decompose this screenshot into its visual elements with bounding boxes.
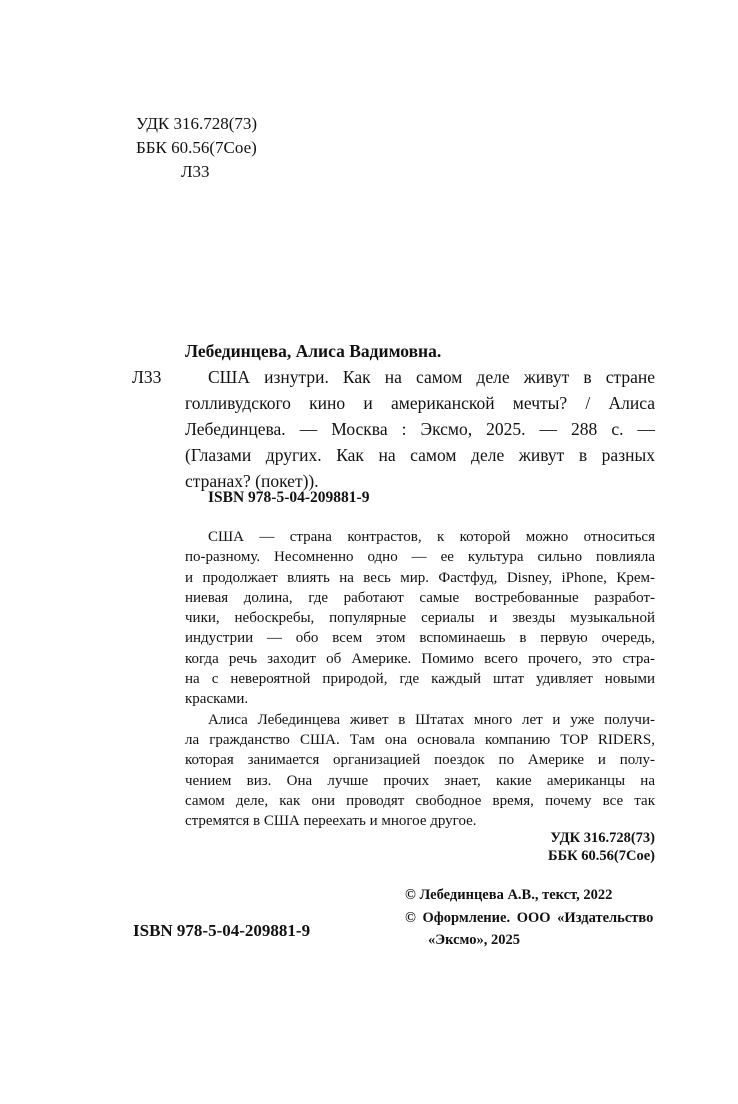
text-line: на с невероятной природой, где каждый шт… bbox=[185, 669, 655, 689]
annotation-paragraph-1: США — страна контрастов, к которой можно… bbox=[185, 527, 655, 710]
text-line: чением виз. Она лучше прочих знает, каки… bbox=[185, 771, 655, 791]
copyright-design-line: © Оформление. ООО «Издательство bbox=[405, 907, 653, 930]
text-line: индустрии — обо всем этом вспоминаешь в … bbox=[185, 628, 655, 648]
classification-block-top: УДК 316.728(73) ББК 60.56(7Сое) Л33 bbox=[136, 112, 257, 184]
text-line: США — страна контрастов, к которой можно… bbox=[185, 527, 655, 547]
text-line: красками. bbox=[185, 689, 655, 709]
bibliographic-description: США изнутри. Как на самом деле живут в с… bbox=[185, 364, 655, 494]
annotation-paragraph-2: Алиса Лебединцева живет в Штатах много л… bbox=[185, 710, 655, 832]
bbk-code-top: ББК 60.56(7Сое) bbox=[136, 136, 257, 160]
classification-block-bottom: УДК 316.728(73) ББК 60.56(7Сое) bbox=[355, 830, 655, 865]
author-sign-margin: Л33 bbox=[132, 364, 161, 390]
author-heading: Лебединцева, Алиса Вадимовна. bbox=[185, 338, 655, 364]
text-line: голливудского кино и американской мечты?… bbox=[185, 390, 655, 416]
text-line: Лебединцева. — Москва : Эксмо, 2025. — 2… bbox=[185, 416, 655, 442]
text-line: (Глазами других. Как на самом деле живут… bbox=[185, 442, 655, 468]
author-sign: Л33 bbox=[136, 160, 257, 184]
text-line: которая занимается организацией поездок … bbox=[185, 750, 655, 770]
text-line: Алиса Лебединцева живет в Штатах много л… bbox=[185, 710, 655, 730]
isbn-bottom: ISBN 978-5-04-209881-9 bbox=[133, 921, 310, 941]
copyright-text-line: © Лебединцева А.В., текст, 2022 bbox=[405, 884, 653, 907]
catalog-card-body: Лебединцева, Алиса Вадимовна. США изнутр… bbox=[185, 338, 655, 494]
udk-code-bottom: УДК 316.728(73) bbox=[355, 830, 655, 848]
text-line: самом деле, как они проводят свободное в… bbox=[185, 791, 655, 811]
book-imprint-page: УДК 316.728(73) ББК 60.56(7Сое) Л33 Л33 … bbox=[0, 0, 738, 1104]
bbk-code-bottom: ББК 60.56(7Сое) bbox=[355, 848, 655, 866]
text-line: США изнутри. Как на самом деле живут в с… bbox=[185, 364, 655, 390]
text-line: стремятся в США переехать и многое друго… bbox=[185, 811, 655, 831]
text-line: ла гражданство США. Там она основала ком… bbox=[185, 730, 655, 750]
isbn-top: ISBN 978-5-04-209881-9 bbox=[208, 489, 369, 507]
catalog-card: Л33 Лебединцева, Алиса Вадимовна. США из… bbox=[132, 338, 655, 494]
annotation: США — страна контрастов, к которой можно… bbox=[185, 527, 655, 831]
text-line: чики, небоскребы, популярные сериалы и з… bbox=[185, 608, 655, 628]
text-line: по-разному. Несомненно одно — ее культур… bbox=[185, 547, 655, 567]
text-line: когда речь заходит об Америке. Помимо вс… bbox=[185, 649, 655, 669]
text-line: и продолжает влиять на весь мир. Фастфуд… bbox=[185, 568, 655, 588]
copyright-design-line-wrap: «Эксмо», 2025 bbox=[405, 929, 653, 952]
copyright-block: © Лебединцева А.В., текст, 2022 © Оформл… bbox=[405, 884, 653, 952]
udk-code-top: УДК 316.728(73) bbox=[136, 112, 257, 136]
text-line: ниевая долина, где работают самые востре… bbox=[185, 588, 655, 608]
